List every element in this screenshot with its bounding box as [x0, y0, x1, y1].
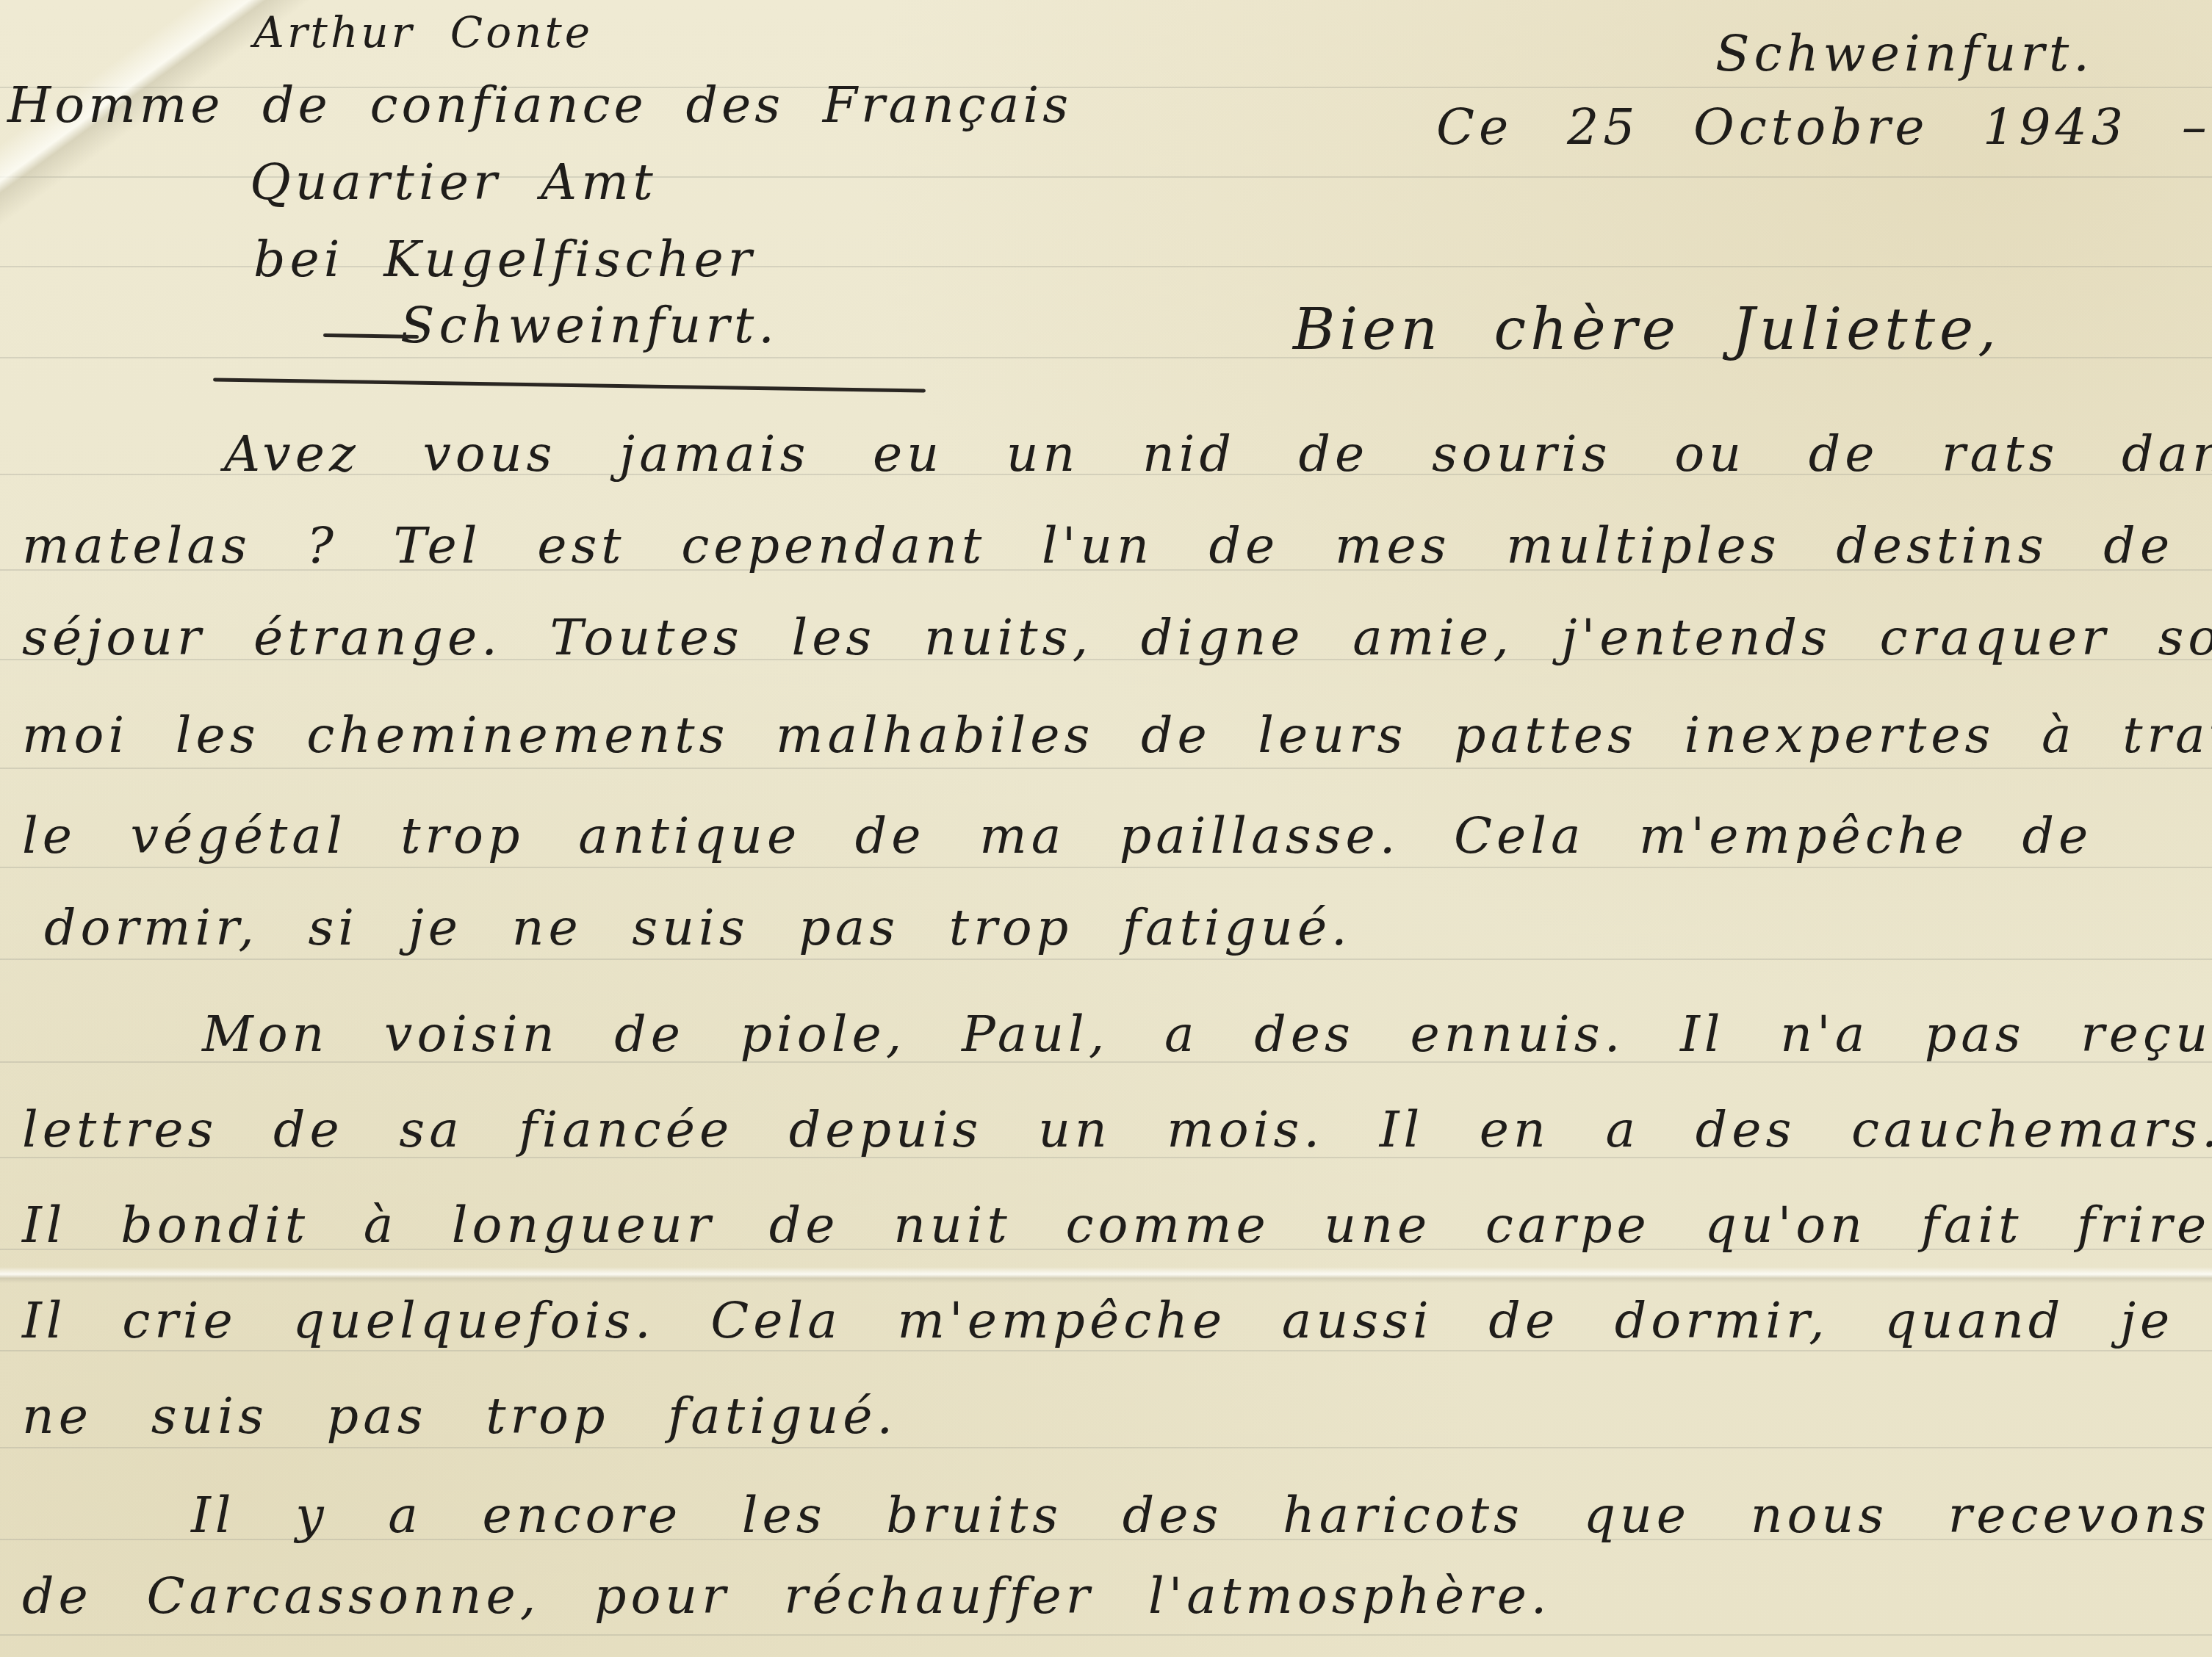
sender-title: Homme de confiance des Français — [7, 81, 1072, 131]
handwritten-letter-page: Arthur Conte Homme de confiance des Fran… — [0, 0, 2212, 1657]
body-line: Il bondit à longueur de nuit comme une c… — [22, 1201, 2212, 1251]
ruled-line — [0, 959, 2212, 960]
body-line: ne suis pas trop fatigué. — [22, 1392, 897, 1442]
paper-fold-crease — [0, 1267, 2212, 1283]
dateline-place: Schweinfurt. — [1715, 29, 2094, 79]
ruled-line — [0, 1350, 2212, 1351]
address-line-1: Quartier Amt — [250, 158, 658, 208]
ruled-line — [0, 768, 2212, 769]
ruled-line — [0, 1634, 2212, 1636]
address-line-2: bei Kugelfischer — [253, 235, 756, 285]
body-line: Mon voisin de piole, Paul, a des ennuis.… — [202, 1010, 2212, 1060]
body-line: le végétal trop antique de ma paillasse.… — [22, 812, 2092, 862]
address-underline — [323, 333, 419, 339]
ruled-line — [0, 867, 2212, 868]
salutation: Bien chère Juliette, — [1293, 301, 2000, 358]
letterhead-divider — [213, 378, 926, 392]
body-line: de Carcassonne, pour réchauffer l'atmosp… — [22, 1572, 1551, 1622]
body-line: moi les cheminements malhabiles de leurs… — [22, 711, 2212, 761]
body-line: Il crie quelquefois. Cela m'empêche auss… — [22, 1296, 2174, 1346]
ruled-line — [0, 1447, 2212, 1448]
body-line: matelas ? Tel est cependant l'un de mes … — [22, 521, 2212, 571]
sender-name: Arthur Conte — [253, 11, 593, 54]
body-line: séjour étrange. Toutes les nuits, digne … — [22, 613, 2212, 663]
address-line-3: Schweinfurt. — [400, 301, 779, 351]
dateline-date: Ce 25 Octobre 1943 – — [1436, 103, 2211, 153]
body-line: Avez vous jamais eu un nid de souris ou … — [224, 430, 2212, 480]
body-line: lettres de sa fiancée depuis un mois. Il… — [22, 1105, 2212, 1155]
body-line: dormir, si je ne suis pas trop fatigué. — [44, 903, 1352, 953]
body-line: Il y a encore les bruits des haricots qu… — [191, 1491, 2211, 1541]
